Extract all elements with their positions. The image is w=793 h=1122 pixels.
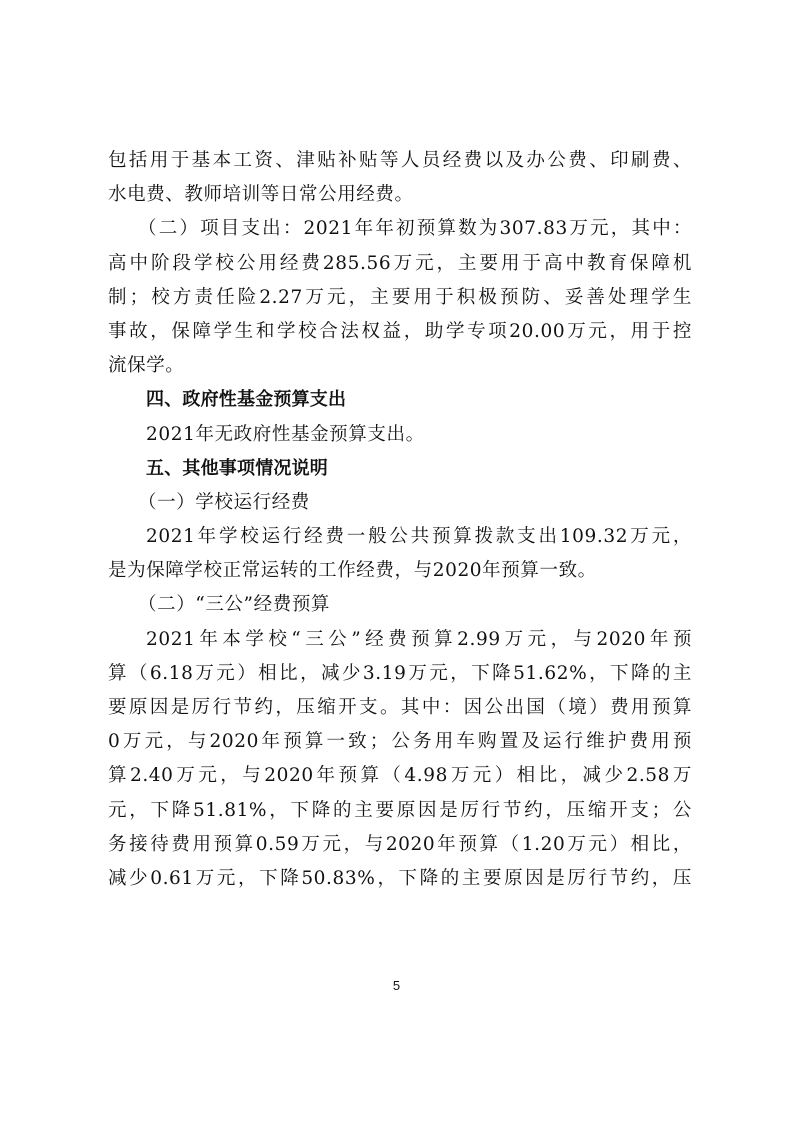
- project-expenditure-line: （二）项目支出：2021年年初预算数为307.83万元，其中：: [108, 212, 692, 246]
- paragraph-line: 2021年本学校“三公”经费预算2.99万元，与2020年预: [108, 623, 692, 657]
- subsection-heading: （二）“三公”经费预算: [108, 588, 692, 622]
- paragraph-line: 事故，保障学生和学校合法权益，助学专项20.00万元，用于控: [108, 315, 692, 349]
- paragraph-line: 包括用于基本工资、津贴补贴等人员经费以及办公费、印刷费、: [108, 144, 692, 178]
- paragraph-line: 0万元，与2020年预算一致；公务用车购置及运行维护费用预: [108, 725, 692, 759]
- paragraph-line: 高中阶段学校公用经费285.56万元，主要用于高中教育保障机: [108, 247, 692, 281]
- document-body: 包括用于基本工资、津贴补贴等人员经费以及办公费、印刷费、 水电费、教师培训等日常…: [108, 144, 692, 896]
- page-number: 5: [0, 978, 793, 993]
- paragraph-line: 水电费、教师培训等日常公用经费。: [108, 178, 692, 212]
- paragraph-line: 流保学。: [108, 349, 692, 383]
- paragraph-line: 2021年无政府性基金预算支出。: [108, 418, 692, 452]
- paragraph-line: 务接待费用预算0.59万元，与2020年预算（1.20万元）相比，: [108, 828, 692, 862]
- paragraph-line: 2021年学校运行经费一般公共预算拨款支出109.32万元，: [108, 520, 692, 554]
- paragraph-line: 算2.40万元，与2020年预算（4.98万元）相比，减少2.58万: [108, 759, 692, 793]
- section-heading-4: 四、政府性基金预算支出: [108, 383, 692, 417]
- section-heading-5: 五、其他事项情况说明: [108, 452, 692, 486]
- subsection-heading: （一）学校运行经费: [108, 486, 692, 520]
- paragraph-line: 减少0.61万元，下降50.83%，下降的主要原因是厉行节约，压: [108, 862, 692, 896]
- paragraph-line: 要原因是厉行节约，压缩开支。其中：因公出国（境）费用预算: [108, 691, 692, 725]
- paragraph-line: 制；校方责任险2.27万元，主要用于积极预防、妥善处理学生: [108, 281, 692, 315]
- paragraph-line: 算（6.18万元）相比，减少3.19万元，下降51.62%，下降的主: [108, 657, 692, 691]
- paragraph-line: 是为保障学校正常运转的工作经费，与2020年预算一致。: [108, 554, 692, 588]
- paragraph-line: 元，下降51.81%，下降的主要原因是厉行节约，压缩开支；公: [108, 794, 692, 828]
